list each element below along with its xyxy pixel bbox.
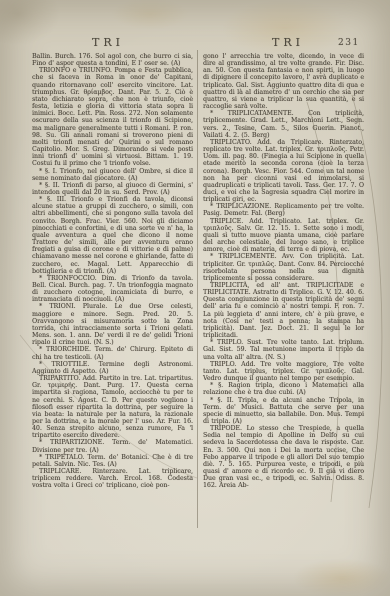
dictionary-entry: * §. II. Trionfi di parso, al giuoco di … bbox=[32, 182, 193, 196]
dictionary-entry: * TRIPLICATAMENTE. Con triplicità, tripl… bbox=[203, 110, 364, 139]
dictionary-entry: TRIPARTITO. Add. Partito in tre. Lat. tr… bbox=[32, 375, 193, 439]
dictionary-entry: TRIPLICARE. Rinterzare. Lat. triplicare,… bbox=[32, 468, 193, 489]
dictionary-entry: gono l' arrecchia tre volte, dicendo, in… bbox=[203, 53, 364, 110]
dictionary-entry: TRIPLICATO. Add. da Triplicare. Rinterza… bbox=[203, 139, 364, 203]
dictionary-entry: * TRIPLICEMENTE. Avv. Con triplicità. La… bbox=[203, 253, 364, 282]
dictionary-entry: * TRIONI. Plurale. Le due Orse celesti, … bbox=[32, 303, 193, 346]
dictionary-entry: TRIONFO e TRIUNFO. Pompa e Festa pubblic… bbox=[32, 67, 193, 167]
page-number: 231 bbox=[338, 38, 360, 48]
dictionary-entry: * TRIPLO. Sust. Tre volte tanto. Lat. tr… bbox=[203, 339, 364, 360]
running-head-left: TRI bbox=[92, 36, 124, 49]
dictionary-entry: * TRIOTTILE. Termine degli Astronomi. Ag… bbox=[32, 361, 193, 375]
dictionary-entry: Ballin. Burch. 176. Sol agol con, che bu… bbox=[32, 53, 193, 67]
dictionary-entry: * §. Ragion tripla, dicono i Matematici … bbox=[203, 382, 364, 396]
dictionary-entry: * TRIPLICAZIONE. Replicamento per tre vo… bbox=[203, 203, 364, 217]
right-column: gono l' arrecchia tre volte, dicendo, in… bbox=[203, 53, 364, 490]
dictionary-entry: TRIPLICE. Add. Triplicato. Lat. triplex.… bbox=[203, 218, 364, 254]
dictionary-entry: * TRIPETALO. Term. de' Botanici. Che è d… bbox=[32, 454, 193, 468]
dictionary-entry: * TRIONFOCCIO. Dim. di Trionfo da tavola… bbox=[32, 275, 193, 304]
left-column: Ballin. Burch. 176. Sol agol con, che bu… bbox=[32, 53, 193, 490]
running-head-right: TRI bbox=[272, 36, 304, 49]
dictionary-entry: * §. II. Tripla, e da alcuni anche Tripo… bbox=[203, 397, 364, 426]
scanned-book-page: TRI TRI 231 Ballin. Burch. 176. Sol agol… bbox=[0, 0, 390, 596]
dictionary-entry: * TRIPARTIZIONE. Term. de' Matematici. D… bbox=[32, 439, 193, 453]
dictionary-entry: TRIPLO. Add. Tre volte maggiore, Tre vol… bbox=[203, 361, 364, 382]
dictionary-entry: TRIPLICITÀ, ed all' ant. TRIPLICITADE e … bbox=[203, 282, 364, 339]
column-divider-rule bbox=[197, 50, 198, 528]
dictionary-entry: * §. III. Trionfo e Trionfi da tavola, d… bbox=[32, 196, 193, 275]
dictionary-entry: TRIPODE. Lo stesso che Trespiede, a quel… bbox=[203, 425, 364, 489]
dictionary-entry: * §. I. Trionfo, nel giuoco dell' Ombre,… bbox=[32, 168, 193, 182]
dictionary-entry: * TRIORCHIDE. Term. de' Chirurg. Epiteto… bbox=[32, 346, 193, 360]
